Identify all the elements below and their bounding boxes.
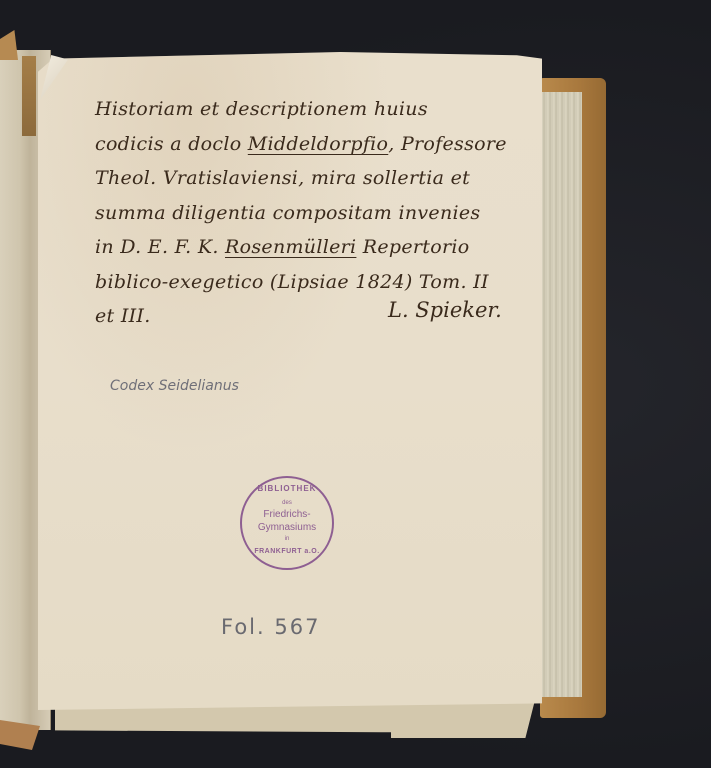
inscription-line: biblico-exegetico (Lipsiae 1824) Tom. II [95,265,545,300]
stamp-line1: Friedrichs- [242,509,332,520]
leather-strip [22,56,36,136]
inscription-fragment: , Professore [388,133,507,155]
inscription-line: Theol. Vratislaviensi, mira sollertia et [95,161,545,196]
stamp-line2: Gymnasiums [242,522,332,533]
stamp-bottom-arc: FRANKFURT a.O. [242,548,332,555]
inscription-line: summa diligentia compositam invenies [95,196,545,231]
underlined-name: Middeldorpfio [248,133,388,155]
inscription-fragment: codicis a doclo [95,133,248,155]
stamp-des: des [242,500,332,506]
inscription-line: in D. E. F. K. Rosenmülleri Repertorio [95,230,545,265]
inscription-fragment: in D. E. F. K. [95,236,225,258]
signature: L. Spieker. [388,298,502,322]
library-stamp: BIBLIOTHEK des Friedrichs- Gymnasiums in… [240,476,334,570]
stamp-top-arc: BIBLIOTHEK [242,484,332,493]
pencil-note: Codex Seidelianus [110,378,239,394]
page-block-edge [540,92,582,697]
inscription-fragment: Repertorio [356,236,469,258]
underlined-name: Rosenmülleri [225,236,356,258]
inscription-line: codicis a doclo Middeldorpfio, Professor… [95,127,545,162]
inscription-line: Historiam et descriptionem huius [95,92,545,127]
shelfmark: Fol. 567 [221,615,320,639]
stamp-in: in [242,536,332,542]
